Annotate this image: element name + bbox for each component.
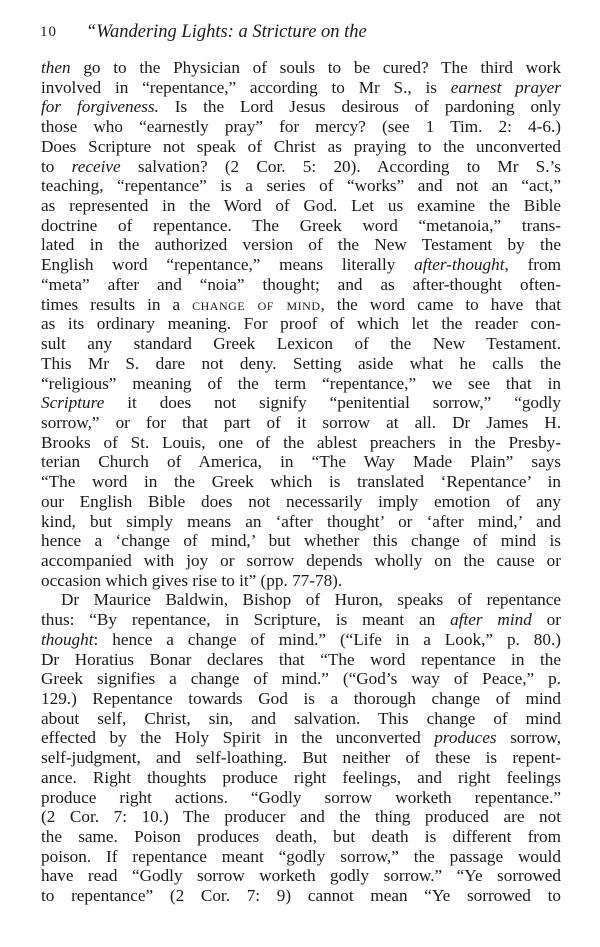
- text-line: Brooks of St. Louis, one of the ablest p…: [41, 433, 561, 453]
- text-run: to: [41, 157, 72, 176]
- italic-text: then: [41, 58, 71, 77]
- italic-text: receive: [72, 157, 121, 176]
- italic-text: produces: [434, 728, 496, 747]
- body-text: then go to the Physician of souls to be …: [41, 58, 561, 906]
- text-line: accompanied with joy or sorrow depends w…: [41, 551, 561, 571]
- text-run: have read “Godly sorrow worketh godly so…: [41, 866, 561, 885]
- text-run: ance. Right thoughts produce right feeli…: [41, 768, 561, 787]
- italic-text: after-thought: [414, 255, 504, 274]
- italic-text: thought: [41, 630, 94, 649]
- text-run: teaching, “repentance” is a series of “w…: [41, 176, 561, 195]
- text-line: lated in the authorized version of the N…: [41, 235, 561, 255]
- book-page: 10 “Wandering Lights: a Stricture on the…: [0, 0, 600, 947]
- text-line: Scripture it does not signify “penitenti…: [41, 393, 561, 413]
- text-run: doctrine of repentance. The Greek word “…: [41, 216, 561, 235]
- text-run: sorrow,” or for that part of it sorrow a…: [41, 413, 561, 432]
- text-run: poison. If repentance meant “godly sorro…: [41, 847, 561, 866]
- text-line: English word “repentance,” means literal…: [41, 255, 561, 275]
- text-line: have read “Godly sorrow worketh godly so…: [41, 866, 561, 886]
- text-run: Dr Maurice Baldwin, Bishop of Huron, spe…: [61, 590, 561, 609]
- text-line: about self, Christ, sin, and salvation. …: [41, 709, 561, 729]
- text-line: self-judgment, and self-loathing. But ne…: [41, 748, 561, 768]
- text-line: doctrine of repentance. The Greek word “…: [41, 216, 561, 236]
- text-line: for forgiveness. Is the Lord Jesus desir…: [41, 97, 561, 117]
- text-run: lated in the authorized version of the N…: [41, 235, 561, 254]
- text-run: 129.) Repentance towards God is a thorou…: [41, 689, 561, 708]
- text-line: 129.) Repentance towards God is a thorou…: [41, 689, 561, 709]
- text-line: hence a ‘change of mind,’ but whether th…: [41, 531, 561, 551]
- text-line: times results in a change of mind, the w…: [41, 295, 561, 315]
- text-run: as its ordinary meaning. For proof of wh…: [41, 314, 561, 333]
- text-line: teaching, “repentance” is a series of “w…: [41, 176, 561, 196]
- text-run: “The word in the Greek which is translat…: [41, 472, 561, 491]
- text-line: ance. Right thoughts produce right feeli…: [41, 768, 561, 788]
- text-run: occasion which gives rise to it” (pp. 77…: [41, 571, 342, 590]
- text-line: as represented in the Word of God. Let u…: [41, 196, 561, 216]
- text-line: terian Church of America, in “The Way Ma…: [41, 452, 561, 472]
- text-line: then go to the Physician of souls to be …: [41, 58, 561, 78]
- text-run: Does Scripture not speak of Christ as pr…: [41, 137, 561, 156]
- italic-text: for forgiveness.: [41, 97, 159, 116]
- running-title: “Wandering Lights: a Stricture on the: [86, 22, 367, 43]
- text-line: produce right actions. “Godly sorrow wor…: [41, 788, 561, 808]
- text-run: accompanied with joy or sorrow depends w…: [41, 551, 561, 570]
- running-head: 10 “Wandering Lights: a Stricture on the: [40, 22, 560, 46]
- text-run: as represented in the Word of God. Let u…: [41, 196, 561, 215]
- text-line: sult any standard Greek Lexicon of the N…: [41, 334, 561, 354]
- text-run: involved in “repentance,” according to M…: [41, 78, 451, 97]
- text-line: Dr Horatius Bonar declares that “The wor…: [41, 650, 561, 670]
- text-line: to repentance” (2 Cor. 7: 9) cannot mean…: [41, 886, 561, 906]
- text-line: to receive salvation? (2 Cor. 5: 20). Ac…: [41, 157, 561, 177]
- text-line: as its ordinary meaning. For proof of wh…: [41, 314, 561, 334]
- text-run: Greek signifies a change of mind.” (“God…: [41, 669, 561, 688]
- text-run: hence a ‘change of mind,’ but whether th…: [41, 531, 561, 550]
- text-line: Greek signifies a change of mind.” (“God…: [41, 669, 561, 689]
- text-run: , the word came to have that: [321, 295, 562, 314]
- text-run: (2 Cor. 7: 10.) The producer and the thi…: [41, 807, 561, 826]
- small-caps-text: change of mind: [192, 295, 320, 314]
- text-run: terian Church of America, in “The Way Ma…: [41, 452, 561, 471]
- text-line: Does Scripture not speak of Christ as pr…: [41, 137, 561, 157]
- text-run: : hence a change of mind.” (“Life in a L…: [94, 630, 561, 649]
- text-line: involved in “repentance,” according to M…: [41, 78, 561, 98]
- italic-text: earnest prayer: [451, 78, 561, 97]
- text-run: or: [532, 610, 561, 629]
- text-line: thus: “By repentance, in Scripture, is m…: [41, 610, 561, 630]
- text-run: our English Bible does not necessarily i…: [41, 492, 561, 511]
- text-run: about self, Christ, sin, and salvation. …: [41, 709, 561, 728]
- text-run: thus: “By repentance, in Scripture, is m…: [41, 610, 450, 629]
- text-run: those who “earnestly pray” for mercy? (s…: [41, 117, 561, 136]
- text-run: Brooks of St. Louis, one of the ablest p…: [41, 433, 561, 452]
- italic-text: after mind: [450, 610, 532, 629]
- text-line: (2 Cor. 7: 10.) The producer and the thi…: [41, 807, 561, 827]
- text-run: , from: [505, 255, 562, 274]
- text-line: kind, but simply means an ‘after thought…: [41, 512, 561, 532]
- text-run: Is the Lord Jesus desirous of pardoning …: [159, 97, 561, 116]
- text-run: to repentance” (2 Cor. 7: 9) cannot mean…: [41, 886, 561, 905]
- text-line: Dr Maurice Baldwin, Bishop of Huron, spe…: [41, 590, 561, 610]
- text-line: This Mr S. dare not deny. Setting aside …: [41, 354, 561, 374]
- text-line: poison. If repentance meant “godly sorro…: [41, 847, 561, 867]
- text-run: produce right actions. “Godly sorrow wor…: [41, 788, 561, 807]
- text-run: “religious” meaning of the term “repenta…: [41, 374, 561, 393]
- text-line: “The word in the Greek which is translat…: [41, 472, 561, 492]
- text-run: sorrow,: [497, 728, 561, 747]
- text-run: effected by the Holy Spirit in the uncon…: [41, 728, 434, 747]
- text-run: salvation? (2 Cor. 5: 20). According to …: [121, 157, 561, 176]
- text-run: sult any standard Greek Lexicon of the N…: [41, 334, 561, 353]
- text-line: the same. Poison produces death, but dea…: [41, 827, 561, 847]
- text-run: self-judgment, and self-loathing. But ne…: [41, 748, 561, 767]
- text-line: sorrow,” or for that part of it sorrow a…: [41, 413, 561, 433]
- text-line: occasion which gives rise to it” (pp. 77…: [41, 571, 561, 591]
- text-line: those who “earnestly pray” for mercy? (s…: [41, 117, 561, 137]
- text-run: This Mr S. dare not deny. Setting aside …: [41, 354, 561, 373]
- text-line: “religious” meaning of the term “repenta…: [41, 374, 561, 394]
- text-run: “meta” after and “noia” thought; and as …: [41, 275, 561, 294]
- page-number: 10: [40, 24, 57, 41]
- text-line: thought: hence a change of mind.” (“Life…: [41, 630, 561, 650]
- text-run: the same. Poison produces death, but dea…: [41, 827, 561, 846]
- italic-text: Scripture: [41, 393, 104, 412]
- text-line: effected by the Holy Spirit in the uncon…: [41, 728, 561, 748]
- text-run: times results in a: [41, 295, 192, 314]
- text-run: English word “repentance,” means literal…: [41, 255, 414, 274]
- text-run: kind, but simply means an ‘after thought…: [41, 512, 561, 531]
- text-run: go to the Physician of souls to be cured…: [71, 58, 561, 77]
- text-line: our English Bible does not necessarily i…: [41, 492, 561, 512]
- text-line: “meta” after and “noia” thought; and as …: [41, 275, 561, 295]
- text-run: it does not signify “penitential sorrow,…: [104, 393, 561, 412]
- text-run: Dr Horatius Bonar declares that “The wor…: [41, 650, 561, 669]
